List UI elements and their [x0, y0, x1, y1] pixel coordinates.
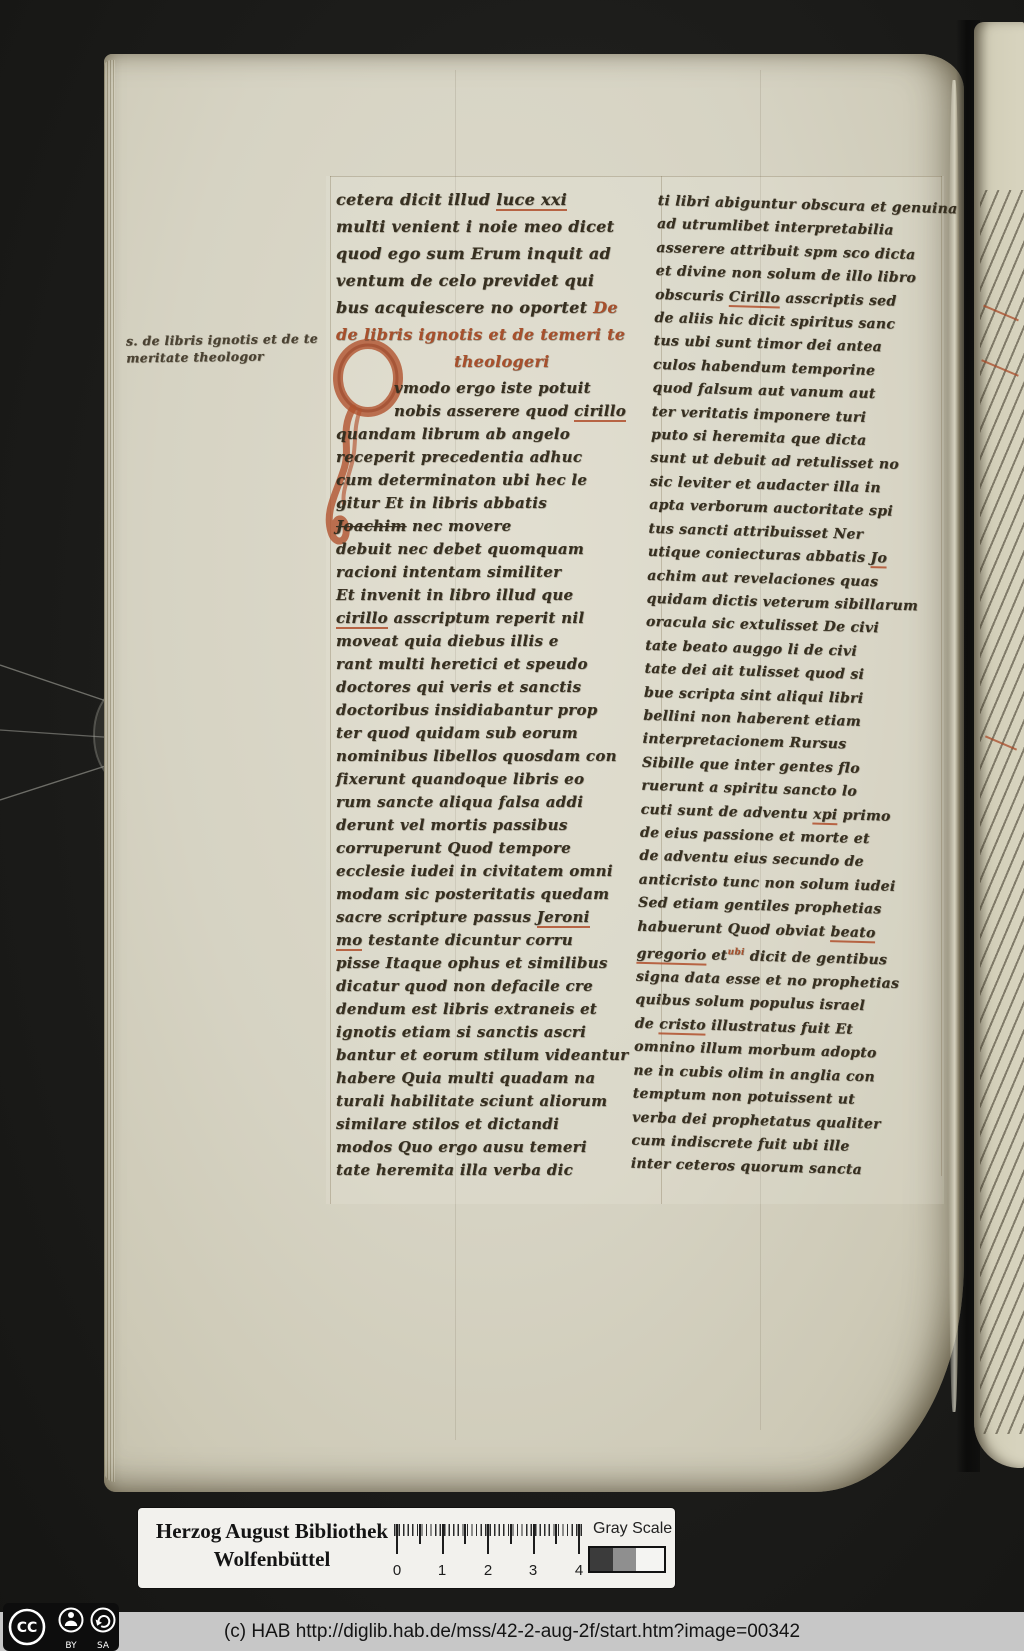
manuscript-line: tate heremita illa verba dic — [336, 1159, 666, 1182]
manuscript-line: bus acquiescere no oportet De — [336, 294, 666, 321]
credit-line: (c) HAB http://diglib.hab.de/mss/42-2-au… — [0, 1612, 1024, 1651]
gray-swatch-mid — [613, 1548, 636, 1571]
digitized-manuscript-photo: s. de libris ignotis et de temeritate th… — [0, 0, 1024, 1651]
manuscript-line: gitur Et in libris abbatis — [336, 492, 666, 515]
right-column: ti libri abiguntur obscura et genuinaad … — [630, 190, 942, 1184]
institution-line1: Herzog August Bibliothek — [148, 1517, 396, 1545]
manuscript-line: turali habilitate sciunt aliorum — [336, 1090, 666, 1113]
manuscript-line: dendum est libris extraneis et — [336, 998, 666, 1021]
manuscript-line: Joachim nec movere — [336, 515, 666, 538]
gray-swatch-dark — [590, 1548, 613, 1571]
ruler-tick-cm — [533, 1524, 535, 1554]
manuscript-line: Et invenit in libro illud que — [336, 584, 666, 607]
manuscript-line: nominibus libellos quosdam con — [336, 745, 666, 768]
gray-swatch-white — [636, 1548, 664, 1571]
credit-bar: (c) HAB http://diglib.hab.de/mss/42-2-au… — [0, 1612, 1024, 1651]
manuscript-line: quandam librum ab angelo — [336, 423, 666, 446]
cc-license-badge: CC BY SA — [3, 1603, 119, 1651]
ruler-tick-cm — [396, 1524, 398, 1554]
next-folio-edge — [974, 22, 1024, 1468]
manuscript-line: doctoribus insidiabantur prop — [336, 699, 666, 722]
manuscript-line: sacre scripture passus Jeroni — [336, 906, 666, 929]
ruler-tick-half-cm — [464, 1524, 466, 1544]
manuscript-line: modam sic posteritatis quedam — [336, 883, 666, 906]
manuscript-line: moveat quia diebus illis e — [336, 630, 666, 653]
manuscript-line: receperit precedentia adhuc — [336, 446, 666, 469]
ruler-tick-cm — [442, 1524, 444, 1554]
manuscript-line: nobis asserere quod cirillo — [336, 400, 666, 423]
manuscript-line: de libris ignotis et de temeri te — [336, 321, 666, 348]
manuscript-line: corruperunt Quod tempore — [336, 837, 666, 860]
cc-logo-icon: CC — [10, 1610, 44, 1644]
manuscript-line: similare stilos et dictandi — [336, 1113, 666, 1136]
manuscript-line: racioni intentam similiter — [336, 561, 666, 584]
manuscript-line: fixerunt quandoque libris eo — [336, 768, 666, 791]
manuscript-line: ecclesie iudei in civitatem omni — [336, 860, 666, 883]
manuscript-line: cetera dicit illud luce xxi — [336, 186, 666, 213]
manuscript-line: ter quod quidam sub eorum — [336, 722, 666, 745]
ruler-tick-half-cm — [419, 1524, 421, 1544]
gray-scale-label: Gray Scale — [593, 1520, 672, 1538]
manuscript-line: habere Quia multi quadam na — [336, 1067, 666, 1090]
left-column-header: cetera dicit illud luce xximulti venient… — [336, 186, 666, 375]
manuscript-line: pisse Itaque ophus et similibus — [336, 952, 666, 975]
manuscript-line: rant multi heretici et speudo — [336, 653, 666, 676]
ruler-ticks: 0 1 2 3 4 — [392, 1524, 588, 1580]
gray-scale-strip — [588, 1546, 666, 1573]
manuscript-line: cirillo asscriptum reperit nil — [336, 607, 666, 630]
share-alike-icon: SA — [92, 1609, 115, 1651]
left-column-body: vmodo ergo iste potuitnobis asserere quo… — [336, 377, 666, 1182]
manuscript-line: bantur et eorum stilum videantur — [336, 1044, 666, 1067]
attribution-icon: BY — [60, 1609, 83, 1651]
ruler-tick-cm — [578, 1524, 580, 1554]
manuscript-line: vmodo ergo iste potuit — [336, 377, 666, 400]
ruler-number: 0 — [393, 1562, 401, 1579]
manuscript-line: quod ego sum Erum inquit ad — [336, 240, 666, 267]
manuscript-line: dicatur quod non defacile cre — [336, 975, 666, 998]
license-label-sa: SA — [97, 1641, 110, 1651]
manuscript-line: debuit nec debet quomquam — [336, 538, 666, 561]
manuscript-line: doctores qui veris et sanctis — [336, 676, 666, 699]
ruling-line — [941, 176, 942, 1176]
svg-text:CC: CC — [17, 1620, 38, 1636]
manuscript-line: theologeri — [336, 348, 666, 375]
ruler-number: 4 — [575, 1562, 583, 1579]
manuscript-line: cum determinaton ubi hec le — [336, 469, 666, 492]
ruler-number: 1 — [438, 1562, 446, 1579]
ruler-tick-cm — [487, 1524, 489, 1554]
institution-name: Herzog August Bibliothek Wolfenbüttel — [148, 1517, 396, 1573]
manuscript-line: mo testante dicuntur corru — [336, 929, 666, 952]
license-label-by: BY — [65, 1641, 77, 1651]
ruling-line — [330, 176, 942, 177]
ruler-tick-half-cm — [555, 1524, 557, 1544]
manuscript-line: rum sancte aliqua falsa addi — [336, 791, 666, 814]
ruler-tick-half-cm — [510, 1524, 512, 1544]
ruler-number: 2 — [484, 1562, 492, 1579]
institution-line2: Wolfenbüttel — [148, 1545, 396, 1573]
manuscript-line: ignotis etiam si sanctis ascri — [336, 1021, 666, 1044]
ruler-number: 3 — [529, 1562, 537, 1579]
manuscript-line: derunt vel mortis passibus — [336, 814, 666, 837]
caption-bar: Herzog August Bibliothek Wolfenbüttel 0 … — [138, 1508, 675, 1588]
manuscript-line: ventum de celo previdet qui — [336, 267, 666, 294]
manuscript-line: modos Quo ergo ausu temeri — [336, 1136, 666, 1159]
manuscript-line: multi venient i noie meo dicet — [336, 213, 666, 240]
